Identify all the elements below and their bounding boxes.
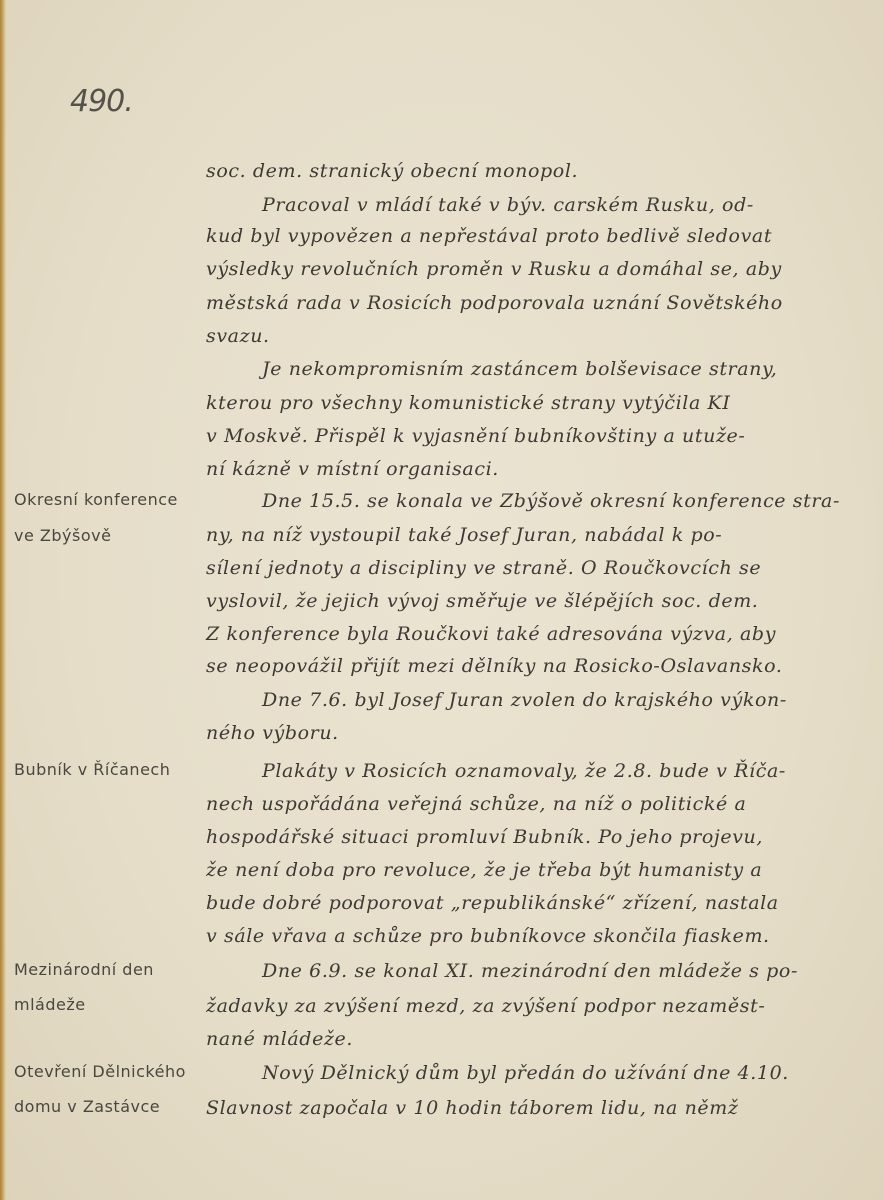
body-line: vyslovil, že jejich vývoj směřuje ve šlé… [206, 590, 758, 612]
margin-note-bubnik: Bubník v Říčanech [14, 760, 170, 779]
page-binding-edge [0, 0, 6, 1200]
body-line: kterou pro všechny komunistické strany v… [206, 392, 730, 414]
body-line: Plakáty v Rosicích oznamovaly, že 2.8. b… [262, 760, 786, 782]
page-number: 490. [70, 84, 133, 119]
margin-note-youth-day-line1: Mezinárodní den [14, 960, 154, 979]
body-line: městská rada v Rosicích podporovala uzná… [206, 292, 783, 314]
body-line: ny, na níž vystoupil také Josef Juran, n… [206, 524, 722, 546]
body-line: sílení jednoty a discipliny ve straně. O… [206, 557, 761, 579]
body-line: že není doba pro revoluce, že je třeba b… [206, 859, 762, 881]
body-line: výsledky revolučních proměn v Rusku a do… [206, 258, 782, 280]
body-line: v Moskvě. Přispěl k vyjasnění bubníkovšt… [206, 425, 745, 447]
body-line: v sále vřava a schůze pro bubníkovce sko… [206, 925, 770, 947]
body-line: bude dobré podporovat „republikánské“ zř… [206, 892, 779, 914]
body-line: Slavnost započala v 10 hodin táborem lid… [206, 1097, 738, 1119]
body-line: hospodářské situaci promluví Bubník. Po … [206, 826, 763, 848]
margin-note-workers-house-line1: Otevření Dělnického [14, 1062, 186, 1081]
body-line: Dne 7.6. byl Josef Juran zvolen do krajs… [262, 689, 787, 711]
body-line: nech uspořádána veřejná schůze, na níž o… [206, 793, 746, 815]
body-line: soc. dem. stranický obecní monopol. [206, 160, 578, 182]
margin-note-youth-day-line2: mládeže [14, 995, 86, 1014]
scanned-page: 490. Okresní konference ve Zbýšově Bubní… [0, 0, 883, 1200]
body-line: Dne 15.5. se konala ve Zbýšově okresní k… [262, 490, 840, 512]
margin-note-district-conference-line2: ve Zbýšově [14, 526, 111, 545]
body-line: ného výboru. [206, 722, 339, 744]
body-line: žadavky za zvýšení mezd, za zvýšení podp… [206, 995, 765, 1017]
body-line: Pracoval v mládí také v býv. carském Rus… [262, 194, 754, 216]
body-line: Nový Dělnický dům byl předán do užívání … [262, 1062, 789, 1084]
body-line: svazu. [206, 325, 270, 347]
body-line: kud byl vypovězen a nepřestával proto be… [206, 225, 772, 247]
body-line: se neopovážil přijít mezi dělníky na Ros… [206, 655, 782, 677]
margin-note-district-conference-line1: Okresní konference [14, 490, 178, 509]
body-line: Je nekompromisním zastáncem bolševisace … [262, 358, 777, 380]
margin-note-workers-house-line2: domu v Zastávce [14, 1097, 160, 1116]
body-line: nané mládeže. [206, 1028, 353, 1050]
body-line: ní kázně v místní organisaci. [206, 458, 499, 480]
body-line: Z konference byla Roučkovi také adresová… [206, 623, 776, 645]
body-line: Dne 6.9. se konal XI. mezinárodní den ml… [262, 960, 798, 982]
